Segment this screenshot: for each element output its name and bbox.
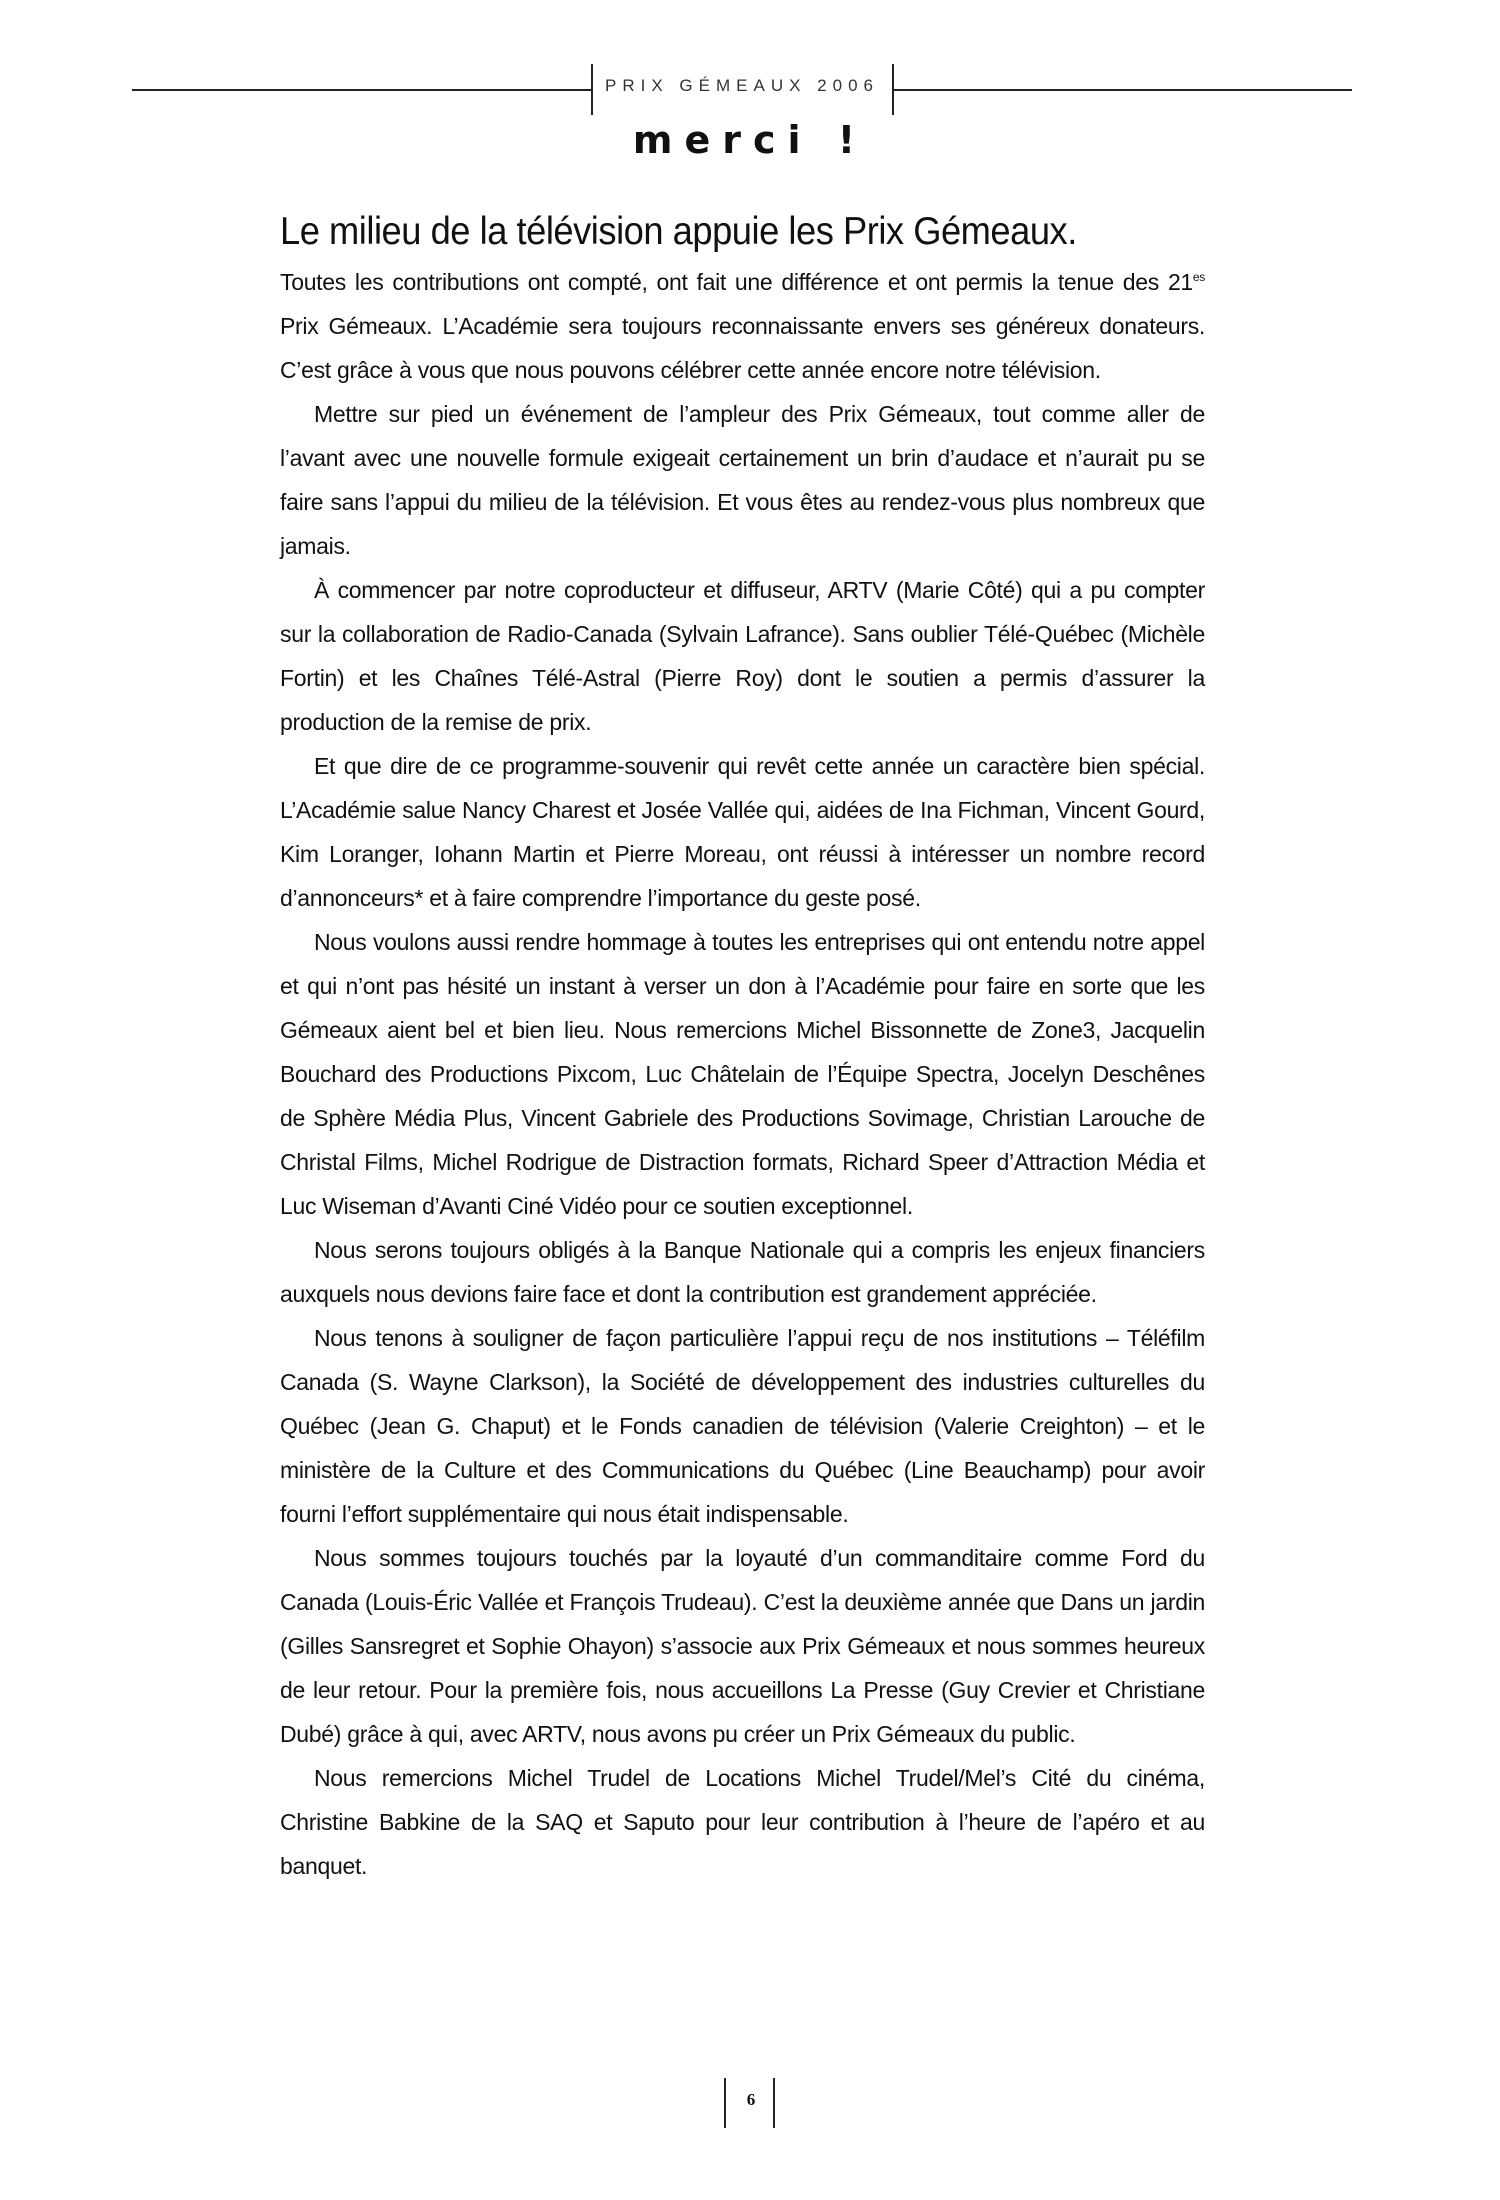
page-number-divider-left	[724, 2078, 726, 2128]
page-number-divider-right	[773, 2078, 775, 2128]
header-rule-right	[893, 89, 1352, 91]
intro-text-b: Prix Gémeaux. L’Académie sera toujours r…	[280, 313, 1205, 383]
paragraph: Nous tenons à souligner de façon particu…	[280, 1316, 1205, 1536]
header-rule-left	[132, 89, 592, 91]
paragraph: Nous serons toujours obligés à la Banque…	[280, 1228, 1205, 1316]
ordinal-superscript: es	[1193, 270, 1205, 284]
paragraph: À commencer par notre coproducteur et di…	[280, 568, 1205, 744]
paragraph: Et que dire de ce programme-souvenir qui…	[280, 744, 1205, 920]
paragraph: Mettre sur pied un événement de l’ampleu…	[280, 392, 1205, 568]
paragraph: Nous voulons aussi rendre hommage à tout…	[280, 920, 1205, 1228]
paragraph: Nous sommes toujours touchés par la loya…	[280, 1536, 1205, 1756]
section-title: merci !	[0, 118, 1500, 162]
page-number: 6	[727, 2090, 775, 2110]
running-title: PRIX GÉMEAUX 2006	[592, 76, 892, 96]
intro-text-a: Toutes les contributions ont compté, ont…	[280, 269, 1193, 295]
article-body: Le milieu de la télévision appuie les Pr…	[280, 206, 1205, 1888]
article-heading: Le milieu de la télévision appuie les Pr…	[280, 206, 1140, 258]
paragraph: Nous remercions Michel Trudel de Locatio…	[280, 1756, 1205, 1888]
intro-paragraph: Toutes les contributions ont compté, ont…	[280, 260, 1205, 392]
